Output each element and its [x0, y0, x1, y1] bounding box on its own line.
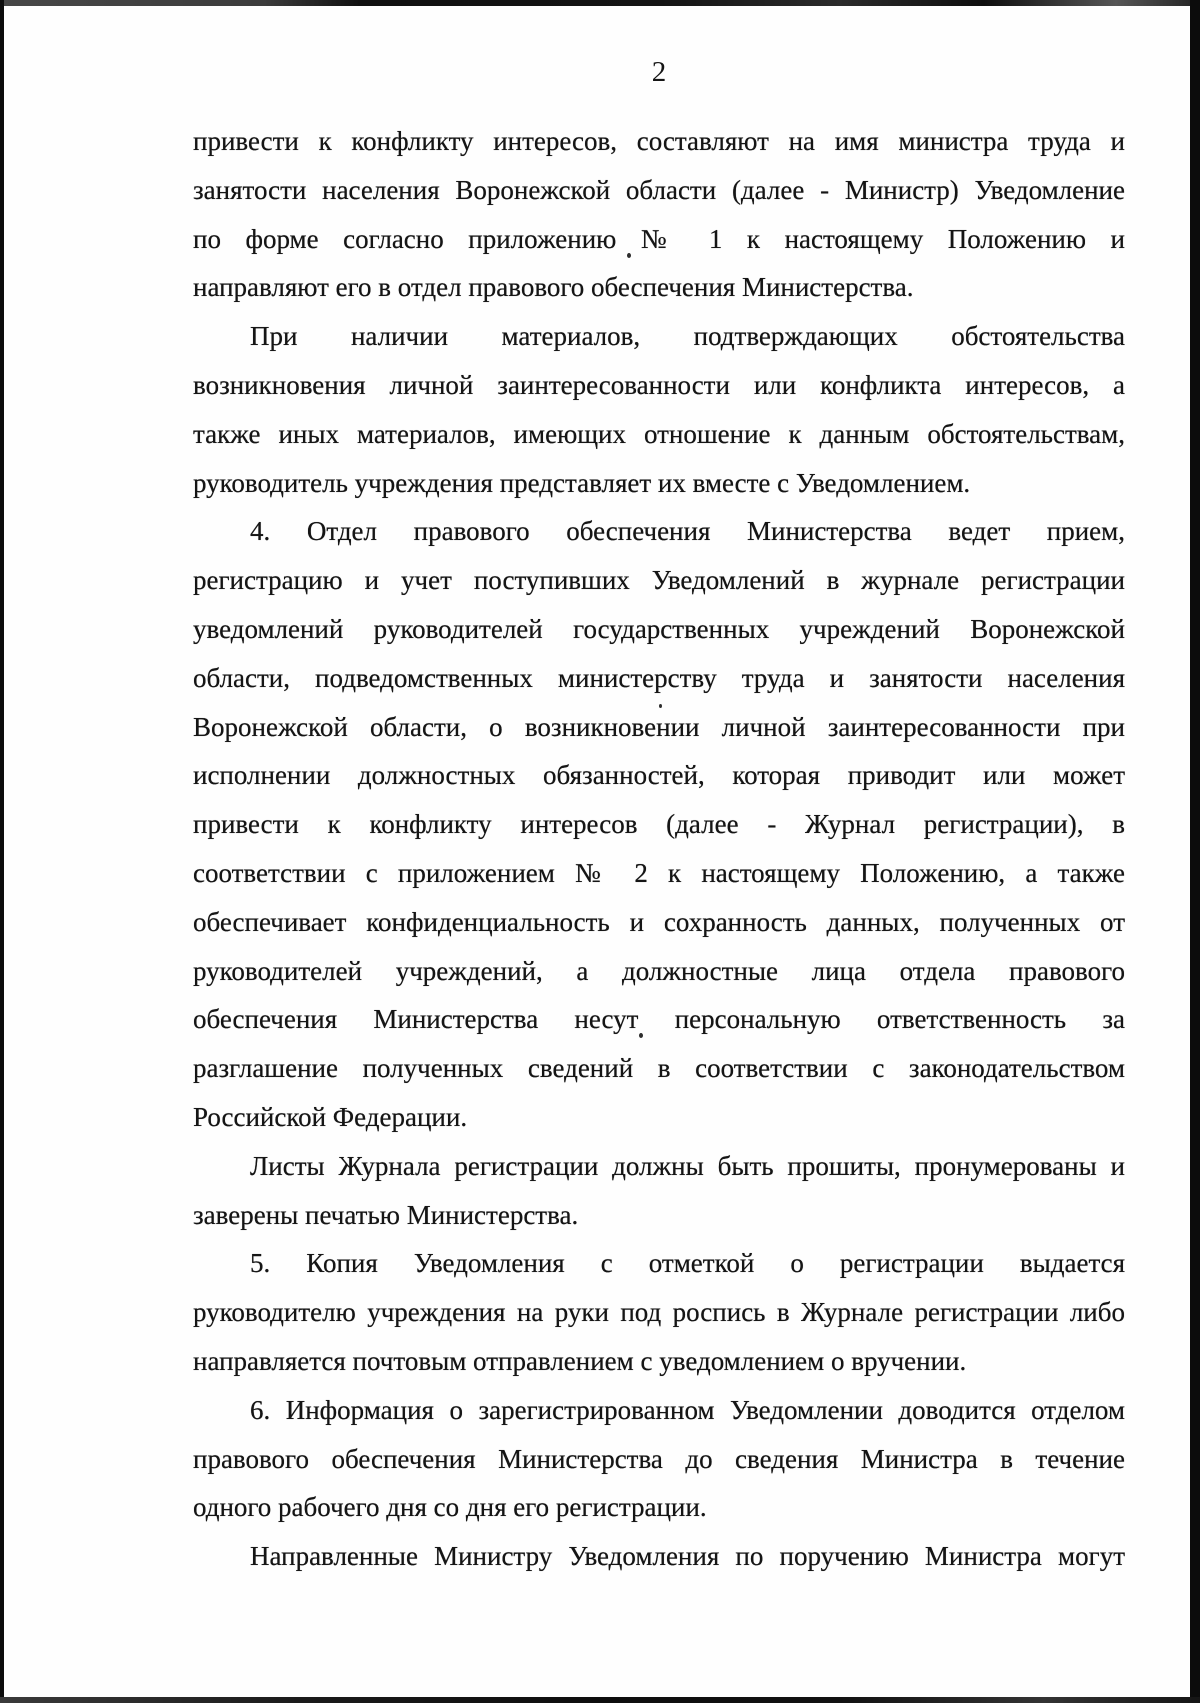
text-line: обеспечивает конфиденциальность и сохран…	[193, 898, 1125, 947]
text-line: занятости населения Воронежской области …	[193, 166, 1125, 215]
text-line: направляют его в отдел правового обеспеч…	[193, 263, 1125, 312]
scan-edge-bottom	[0, 1697, 1200, 1703]
scanned-page: 2 привести к конфликту интересов, состав…	[0, 0, 1200, 1703]
scan-artifact-dot	[639, 1033, 643, 1038]
text-line: исполнении должностных обязанностей, кот…	[193, 751, 1125, 800]
text-line: по форме согласно приложению № 1 к насто…	[193, 215, 1125, 264]
text-line: заверены печатью Министерства.	[193, 1191, 1125, 1240]
document-text: привести к конфликту интересов, составля…	[193, 117, 1125, 1581]
scan-artifact-dot	[659, 704, 662, 708]
text-line: одного рабочего дня со дня его регистрац…	[193, 1483, 1125, 1532]
page-number: 2	[193, 58, 1125, 87]
text-line: области, подведомственных министерству т…	[193, 654, 1125, 703]
text-line: соответствии с приложением № 2 к настоящ…	[193, 849, 1125, 898]
text-line: регистрацию и учет поступивших Уведомлен…	[193, 556, 1125, 605]
text-line: При наличии материалов, подтверждающих о…	[193, 312, 1125, 361]
scan-artifact-dot	[627, 253, 631, 258]
text-line: руководителю учреждения на руки под росп…	[193, 1288, 1125, 1337]
text-line: возникновения личной заинтересованности …	[193, 361, 1125, 410]
text-line: привести к конфликту интересов, составля…	[193, 117, 1125, 166]
text-line: разглашение полученных сведений в соотве…	[193, 1044, 1125, 1093]
scan-edge-right	[1190, 0, 1200, 1703]
text-line: Направленные Министру Уведомления по пор…	[193, 1532, 1125, 1581]
text-line: правового обеспечения Министерства до св…	[193, 1435, 1125, 1484]
text-line: обеспечения Министерства несут персональ…	[193, 995, 1125, 1044]
text-line: 5. Копия Уведомления с отметкой о регист…	[193, 1239, 1125, 1288]
scan-edge-left	[0, 0, 4, 1703]
text-line: привести к конфликту интересов (далее - …	[193, 800, 1125, 849]
text-line: руководитель учреждения представляет их …	[193, 459, 1125, 508]
text-line: направляется почтовым отправлением с уве…	[193, 1337, 1125, 1386]
text-line: уведомлений руководителей государственны…	[193, 605, 1125, 654]
text-line: также иных материалов, имеющих отношение…	[193, 410, 1125, 459]
text-line: 4. Отдел правового обеспечения Министерс…	[193, 507, 1125, 556]
text-line: Воронежской области, о возникновении лич…	[193, 703, 1125, 752]
text-line: 6. Информация о зарегистрированном Уведо…	[193, 1386, 1125, 1435]
text-line: Российской Федерации.	[193, 1093, 1125, 1142]
text-line: руководителей учреждений, а должностные …	[193, 947, 1125, 996]
scan-edge-top	[0, 0, 1200, 6]
text-line: Листы Журнала регистрации должны быть пр…	[193, 1142, 1125, 1191]
